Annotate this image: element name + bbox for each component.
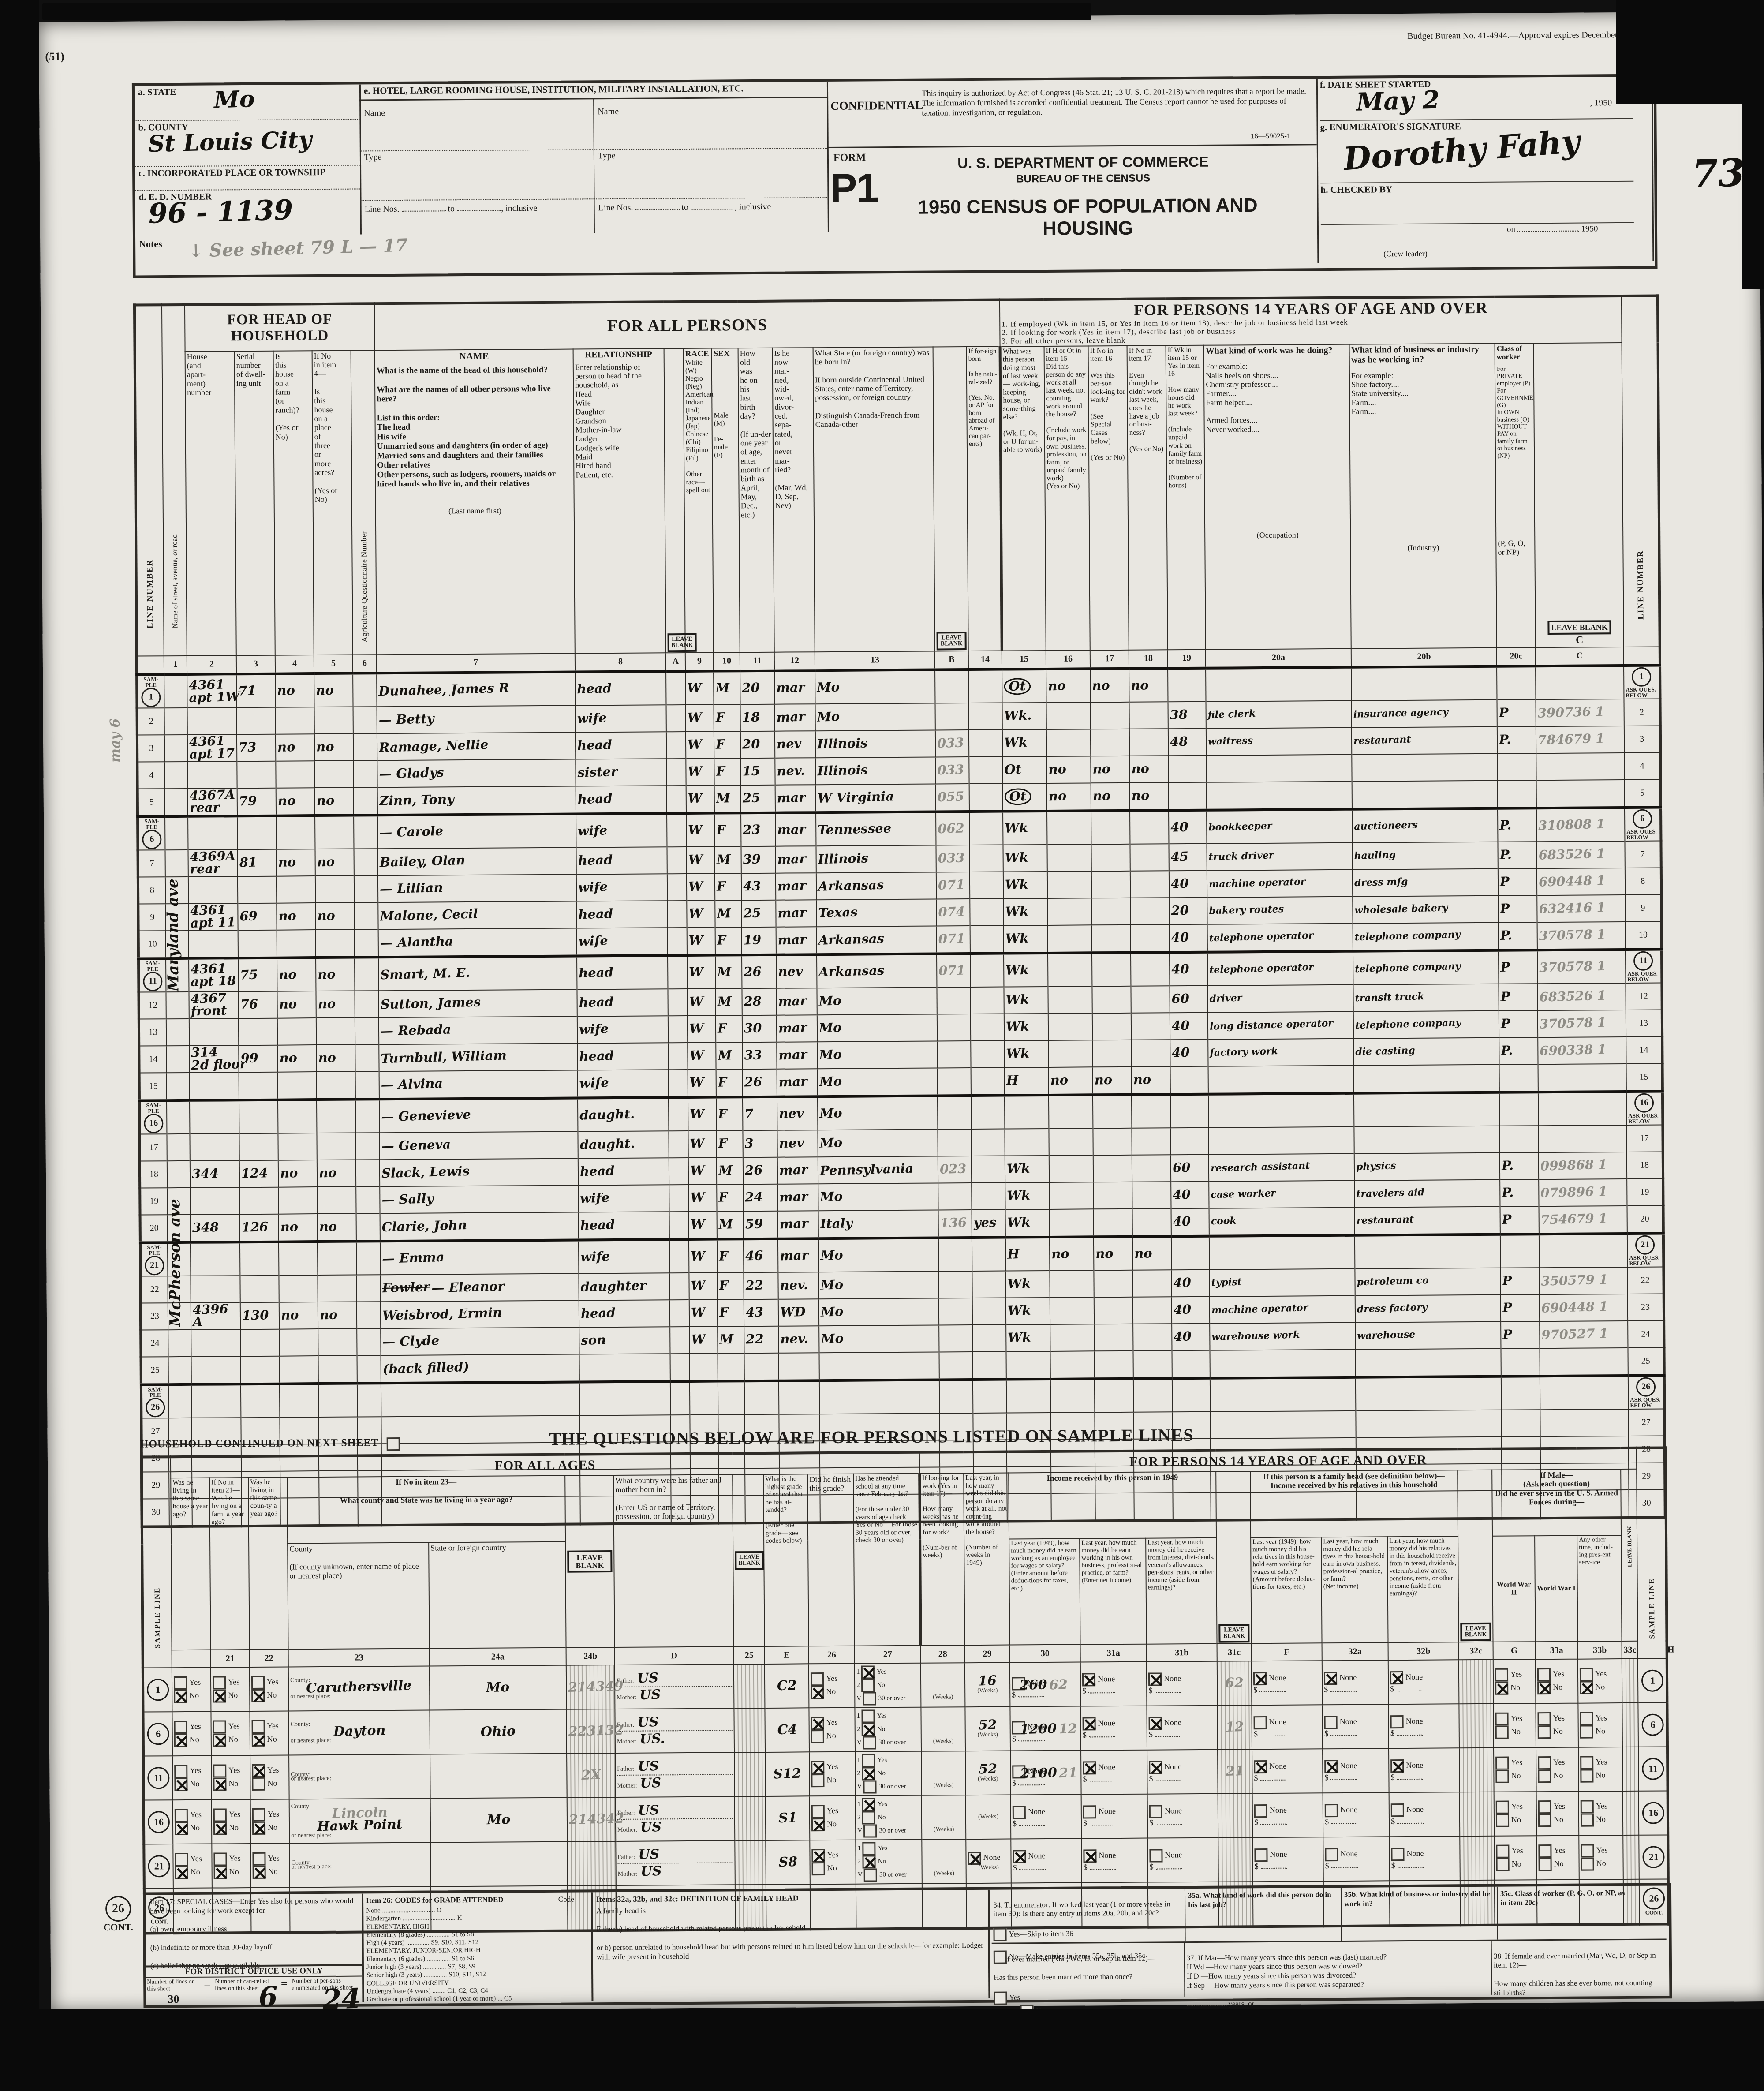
occupation[interactable]: research assistant (1209, 1153, 1354, 1181)
item17[interactable] (1095, 1350, 1133, 1379)
item17[interactable] (1092, 924, 1131, 953)
state-year-ago[interactable]: Mo (430, 1798, 568, 1843)
sex[interactable] (718, 1353, 744, 1381)
item18[interactable]: no (1132, 1236, 1171, 1270)
marital-status[interactable]: mar (777, 1157, 818, 1184)
relatives-wage-income[interactable]: None$ (1252, 1837, 1323, 1882)
birthplace[interactable]: Mo (818, 1068, 938, 1096)
birthplace[interactable]: Arkansas (816, 872, 936, 900)
birthplace[interactable]: Mo (815, 703, 935, 731)
house-number[interactable]: 4361apt 18 (189, 958, 238, 992)
item17[interactable] (1093, 1128, 1132, 1155)
race[interactable]: W (688, 1157, 717, 1184)
ed-value[interactable]: 96 - 1139 (148, 197, 293, 227)
age[interactable]: 26 (743, 1157, 777, 1184)
class-of-worker[interactable]: P (1500, 1206, 1539, 1234)
occupation[interactable] (1207, 781, 1352, 810)
i32b-none[interactable] (1324, 1715, 1338, 1728)
serial-number[interactable] (239, 1072, 278, 1100)
industry[interactable]: warehouse (1355, 1321, 1501, 1349)
q21-no[interactable] (175, 1866, 188, 1879)
hours-worked[interactable]: 40 (1170, 952, 1207, 986)
relatives-business-income[interactable]: None$ (1323, 1837, 1390, 1881)
race[interactable]: W (689, 1326, 718, 1353)
industry[interactable]: telephone company (1353, 1010, 1499, 1038)
q23-yes[interactable] (252, 1764, 265, 1777)
parents-birth-country[interactable]: Father: USMother: US (615, 1752, 735, 1797)
class-of-worker[interactable]: P. (1499, 1037, 1538, 1065)
race[interactable]: W (687, 873, 715, 900)
item16[interactable]: no (1049, 1067, 1093, 1095)
person-name[interactable]: Sutton, James (379, 989, 577, 1017)
farm-answer[interactable] (278, 1072, 317, 1100)
race[interactable]: W (686, 813, 714, 846)
served-ww1[interactable]: YesNo (1536, 1703, 1578, 1748)
serial-number[interactable]: 76 (238, 991, 277, 1018)
marital-status[interactable] (779, 1353, 819, 1381)
relationship[interactable]: head (576, 786, 667, 814)
birthplace[interactable]: Mo (818, 1271, 938, 1299)
age[interactable]: 43 (744, 1299, 778, 1326)
lived-same-house[interactable]: YesNo (173, 1800, 212, 1844)
birthplace[interactable] (819, 1380, 939, 1414)
naturalized[interactable] (970, 872, 1003, 898)
farm-answer[interactable]: no (277, 903, 315, 930)
item17[interactable] (1093, 1182, 1132, 1209)
acres-answer[interactable] (314, 760, 353, 788)
sex[interactable]: M (717, 1157, 743, 1184)
item17[interactable] (1091, 729, 1129, 756)
serial-number[interactable] (237, 761, 276, 788)
q27-no[interactable] (812, 1862, 825, 1875)
m33b-yes[interactable] (1538, 1800, 1551, 1814)
sex[interactable]: F (718, 1299, 744, 1326)
acres-answer[interactable]: no (316, 1044, 355, 1072)
race[interactable]: W (688, 1130, 716, 1157)
acres-answer[interactable]: no (315, 902, 354, 930)
parents-birth-country[interactable]: Father: USMother: US (616, 1840, 735, 1885)
occupation[interactable] (1210, 1349, 1356, 1378)
m33a-yes[interactable] (1495, 1713, 1509, 1726)
birthplace[interactable]: Mo (817, 987, 937, 1015)
person-name[interactable]: — Lillian (378, 874, 576, 902)
acres-answer[interactable]: no (314, 673, 353, 707)
relatives-business-income[interactable]: None$ (1322, 1704, 1389, 1749)
person-name[interactable]: — Geneva (379, 1131, 578, 1160)
item16[interactable] (1050, 1297, 1094, 1324)
serial-number[interactable] (240, 1242, 279, 1276)
served-ww1[interactable]: YesNo (1536, 1792, 1579, 1836)
race[interactable]: W (689, 1211, 717, 1239)
serial-number[interactable]: 73 (237, 734, 276, 761)
farm-answer[interactable] (280, 1356, 318, 1384)
acres-answer[interactable] (316, 929, 355, 958)
finished-grade[interactable]: YesNo (810, 1796, 856, 1840)
lived-same-county[interactable]: YesNo (250, 1711, 289, 1756)
house-number[interactable] (188, 816, 237, 850)
age[interactable]: 7 (743, 1096, 777, 1130)
item16[interactable] (1048, 953, 1092, 987)
m33a-yes[interactable] (1495, 1757, 1509, 1770)
house-number[interactable] (191, 1329, 240, 1357)
naturalized[interactable] (972, 1156, 1005, 1182)
serial-number[interactable] (240, 1329, 279, 1356)
other-income[interactable]: None$ (1147, 1838, 1218, 1882)
parents-birth-country[interactable]: Father: USMother: US. (615, 1708, 734, 1753)
weeks-worked-1949[interactable]: None(Weeks) (966, 1839, 1011, 1884)
naturalized[interactable] (968, 669, 1002, 703)
item16[interactable] (1047, 811, 1091, 845)
hours-worked[interactable]: 40 (1172, 1323, 1210, 1350)
marital-status[interactable]: nev (775, 731, 815, 758)
item17[interactable] (1092, 952, 1131, 986)
item16[interactable] (1048, 1040, 1092, 1067)
item16[interactable]: no (1046, 756, 1091, 783)
class-of-worker[interactable]: P (1499, 984, 1537, 1011)
house-number[interactable]: 4369Arear (188, 849, 238, 877)
race[interactable]: W (686, 785, 714, 813)
naturalized[interactable] (970, 898, 1003, 925)
item15[interactable]: Wk (1004, 953, 1048, 987)
i32c-none[interactable] (1391, 1803, 1404, 1817)
item18[interactable] (1132, 1208, 1171, 1237)
item18[interactable] (1133, 1324, 1172, 1351)
industry[interactable]: hauling (1353, 842, 1498, 869)
item16[interactable]: no (1047, 783, 1091, 811)
house-number[interactable] (187, 761, 237, 789)
item15[interactable]: Wk (1005, 1156, 1049, 1183)
relationship[interactable]: head (576, 901, 667, 928)
other-income[interactable]: None$ (1147, 1794, 1218, 1838)
serial-number[interactable]: 81 (238, 849, 277, 876)
occupation[interactable] (1210, 1377, 1356, 1411)
birthplace[interactable]: Mo (817, 1041, 937, 1069)
house-number[interactable]: 4361apt 17 (187, 734, 237, 762)
birthplace[interactable]: Arkansas (817, 954, 937, 988)
hours-worked[interactable] (1171, 1236, 1209, 1270)
age[interactable]: 19 (742, 927, 776, 954)
house-number[interactable]: 4361apt 1W (187, 674, 236, 708)
birthplace[interactable]: Mo (818, 1096, 938, 1130)
house-number[interactable]: 4396A (191, 1302, 240, 1330)
state-year-ago[interactable] (430, 1842, 568, 1887)
house-number[interactable] (188, 876, 238, 904)
class-of-worker[interactable]: P. (1498, 842, 1537, 869)
industry[interactable]: restaurant (1352, 726, 1497, 754)
farm-answer[interactable] (276, 815, 315, 849)
item18[interactable] (1130, 871, 1169, 898)
i32a-none[interactable] (1254, 1848, 1267, 1861)
lived-on-farm[interactable]: YesNo (212, 1844, 251, 1888)
q22-no[interactable] (213, 1822, 227, 1835)
item17[interactable] (1092, 1013, 1131, 1040)
hours-worked[interactable] (1170, 1066, 1208, 1094)
relatives-other-income[interactable]: None$ (1389, 1836, 1460, 1881)
race[interactable]: W (688, 1069, 716, 1097)
age[interactable]: 59 (744, 1211, 778, 1238)
m33a-yes[interactable] (1496, 1845, 1509, 1858)
own-business-income[interactable]: None$ (1081, 1794, 1148, 1839)
m33b-yes[interactable] (1538, 1712, 1551, 1725)
acres-answer[interactable] (318, 1328, 357, 1356)
age[interactable] (744, 1380, 779, 1414)
item18[interactable] (1132, 1270, 1171, 1297)
item16[interactable] (1049, 1182, 1093, 1209)
person-name[interactable]: Bailey, Olan (378, 847, 576, 875)
sex[interactable] (718, 1381, 744, 1414)
item18[interactable] (1133, 1297, 1172, 1324)
i31c-none[interactable] (1149, 1849, 1162, 1862)
race[interactable]: W (688, 1184, 717, 1211)
occupation[interactable]: cook (1209, 1207, 1355, 1236)
naturalized[interactable] (969, 703, 1002, 729)
industry[interactable]: auctioneers (1352, 808, 1498, 842)
q28-Yes[interactable] (861, 1665, 875, 1679)
industry[interactable]: petroleum co (1355, 1268, 1500, 1295)
hours-worked[interactable]: 40 (1169, 810, 1207, 844)
acres-answer[interactable]: no (317, 1160, 356, 1187)
serial-number[interactable] (241, 1356, 280, 1384)
served-ww1[interactable]: YesNo (1536, 1659, 1578, 1704)
race[interactable] (690, 1381, 718, 1414)
naturalized[interactable] (972, 1271, 1005, 1298)
industry[interactable] (1355, 1234, 1500, 1268)
q21-no[interactable] (174, 1778, 187, 1791)
i32c-none[interactable] (1390, 1671, 1403, 1684)
county-year-ago[interactable]: County: or nearest place: (289, 1754, 430, 1799)
relationship[interactable]: head (578, 1158, 669, 1185)
naturalized[interactable] (969, 783, 1003, 811)
sex[interactable]: F (716, 1069, 743, 1097)
occupation[interactable] (1206, 754, 1352, 782)
person-name[interactable]: Ramage, Nellie (377, 732, 576, 760)
birthplace[interactable]: Arkansas (817, 926, 937, 954)
item17[interactable] (1091, 702, 1129, 729)
naturalized[interactable] (971, 1014, 1004, 1040)
relatives-wage-income[interactable]: None$ (1252, 1749, 1323, 1793)
weeks-looking[interactable]: (Weeks) (922, 1839, 966, 1884)
item34-yes-checkbox[interactable] (993, 1928, 1006, 1941)
age[interactable]: 46 (744, 1238, 778, 1272)
item16[interactable] (1046, 702, 1091, 729)
marital-status[interactable]: nev (777, 1096, 818, 1130)
item15[interactable] (1005, 1095, 1049, 1129)
farm-answer[interactable] (276, 707, 314, 734)
serial-number[interactable] (239, 1018, 277, 1045)
marital-status[interactable]: mar (776, 873, 816, 900)
farm-answer[interactable]: no (277, 1045, 316, 1072)
house-number[interactable] (191, 1276, 240, 1303)
lived-same-county[interactable]: YesNo (250, 1799, 290, 1844)
i31b-none[interactable] (1083, 1761, 1096, 1774)
served-other[interactable]: YesNo (1578, 1703, 1622, 1747)
served-other[interactable]: YesNo (1579, 1791, 1623, 1836)
item18[interactable] (1131, 924, 1170, 953)
sex[interactable]: M (716, 1042, 742, 1069)
item16[interactable] (1047, 898, 1091, 925)
relationship[interactable]: wife (576, 813, 667, 847)
farm-answer[interactable]: no (277, 958, 316, 991)
marital-status[interactable]: nev. (775, 758, 815, 785)
class-of-worker[interactable]: P (1501, 1321, 1540, 1349)
hours-worked[interactable]: 40 (1170, 1039, 1208, 1066)
acres-answer[interactable]: no (318, 1302, 357, 1329)
i32a-none[interactable] (1254, 1760, 1267, 1773)
farm-answer[interactable] (278, 1100, 317, 1133)
industry[interactable]: telephone company (1353, 950, 1499, 984)
sex[interactable]: M (716, 988, 742, 1015)
street-name-2[interactable]: McPherson ave (167, 1080, 183, 1329)
lived-on-farm[interactable]: YesNo (211, 1755, 250, 1800)
industry[interactable] (1354, 1126, 1499, 1153)
house-number[interactable] (189, 930, 238, 958)
person-name[interactable]: — Clyde (381, 1327, 579, 1355)
hours-worked[interactable] (1172, 1378, 1210, 1412)
county-year-ago[interactable]: County: Caruthersvilleor nearest place: (288, 1666, 430, 1711)
class-of-worker[interactable]: P (1497, 699, 1536, 727)
wage-income[interactable]: None$ 1200 12 (1010, 1706, 1081, 1751)
item17[interactable] (1091, 898, 1130, 925)
item15[interactable]: Wk (1005, 1209, 1050, 1238)
item17[interactable] (1093, 1094, 1132, 1128)
relatives-business-income[interactable]: None$ (1323, 1748, 1389, 1793)
birthplace[interactable]: Illinois (815, 730, 935, 758)
m33c-yes[interactable] (1581, 1800, 1594, 1813)
race[interactable]: W (687, 927, 715, 955)
relatives-other-income[interactable]: None$ (1389, 1748, 1460, 1792)
m33b-no[interactable] (1538, 1725, 1551, 1739)
hours-worked[interactable] (1168, 755, 1206, 782)
marital-status[interactable]: mar (776, 846, 816, 873)
relatives-other-income[interactable]: None$ (1388, 1704, 1459, 1748)
acres-answer[interactable] (318, 1355, 357, 1384)
serial-number[interactable]: 124 (239, 1160, 278, 1187)
house-number[interactable] (187, 707, 237, 735)
person-name[interactable]: Clarie, John (380, 1212, 579, 1241)
m33b-no[interactable] (1539, 1858, 1552, 1871)
i32b-none[interactable] (1324, 1759, 1338, 1773)
item15[interactable]: Wk (1004, 1040, 1048, 1068)
occupation[interactable]: telephone operator (1207, 923, 1353, 952)
item17[interactable]: no (1091, 756, 1129, 783)
naturalized[interactable] (972, 1298, 1006, 1324)
naturalized[interactable]: yes (972, 1209, 1005, 1237)
item18[interactable] (1132, 1128, 1170, 1155)
item15[interactable]: Wk (1003, 845, 1047, 872)
item18[interactable] (1129, 702, 1168, 729)
naturalized[interactable] (971, 987, 1004, 1014)
q23-no[interactable] (251, 1689, 265, 1702)
item15[interactable] (1006, 1351, 1050, 1380)
item17[interactable] (1094, 1297, 1133, 1324)
served-ww2[interactable]: YesNo (1493, 1703, 1536, 1748)
item15[interactable]: Wk (1003, 898, 1047, 926)
hours-worked[interactable] (1168, 668, 1206, 702)
occupation[interactable] (1208, 1065, 1354, 1094)
own-business-income[interactable]: None$ (1080, 1662, 1147, 1706)
sheet-number-value[interactable]: 73 (1691, 155, 1745, 192)
person-name[interactable]: — Carole (377, 814, 576, 849)
serial-number[interactable] (241, 1384, 280, 1418)
birthplace[interactable]: Mo (818, 1129, 938, 1157)
house-number[interactable] (191, 1384, 241, 1418)
weeks-worked-1949[interactable]: 52(Weeks) (965, 1751, 1011, 1795)
item18[interactable] (1130, 844, 1169, 871)
industry[interactable]: transit truck (1353, 984, 1499, 1011)
state-year-ago[interactable]: Mo (430, 1665, 567, 1710)
naturalized[interactable] (970, 845, 1003, 872)
i32a-none[interactable] (1254, 1804, 1267, 1817)
m33c-no[interactable] (1580, 1725, 1593, 1738)
relationship[interactable] (579, 1354, 670, 1382)
relationship[interactable]: head (577, 989, 668, 1016)
m33a-no[interactable] (1495, 1682, 1508, 1695)
birthplace[interactable]: Mo (815, 670, 935, 704)
item15[interactable]: Wk (1005, 1182, 1049, 1210)
q27-yes[interactable] (811, 1761, 824, 1774)
class-of-worker[interactable] (1501, 1348, 1540, 1377)
q21-no[interactable] (174, 1690, 187, 1703)
marital-status[interactable]: mar (776, 927, 817, 955)
i31c-none[interactable] (1149, 1805, 1162, 1818)
serial-number[interactable]: 79 (237, 788, 276, 816)
class-of-worker[interactable] (1501, 1376, 1540, 1410)
served-ww2[interactable]: YesNo (1493, 1659, 1536, 1704)
cancelled-lines-value[interactable]: 6 (258, 1984, 278, 2010)
relationship[interactable]: wife (579, 1239, 669, 1273)
i32b-none[interactable] (1325, 1803, 1338, 1817)
farm-answer[interactable] (278, 1133, 317, 1160)
i31c-none[interactable] (1148, 1672, 1162, 1686)
item15[interactable]: Wk (1006, 1324, 1050, 1352)
house-number[interactable] (190, 1072, 239, 1100)
serial-number[interactable]: 69 (238, 903, 277, 930)
lived-on-farm[interactable]: YesNo (212, 1799, 251, 1844)
race[interactable]: W (688, 1015, 716, 1042)
occupation[interactable] (1209, 1235, 1355, 1269)
industry[interactable] (1351, 666, 1497, 700)
item16[interactable] (1050, 1351, 1095, 1379)
q27-no[interactable] (811, 1774, 824, 1787)
item15[interactable]: H (1005, 1067, 1049, 1096)
age[interactable]: 30 (742, 1015, 777, 1042)
item16[interactable] (1049, 1128, 1093, 1156)
q27-yes[interactable] (811, 1849, 825, 1862)
q27-no[interactable] (811, 1818, 825, 1831)
naturalized[interactable] (971, 1067, 1005, 1095)
serial-number[interactable] (240, 1275, 279, 1302)
occupation[interactable]: waitress (1206, 727, 1352, 755)
parents-birth-country[interactable]: Father: USMother: US (616, 1796, 735, 1841)
acres-answer[interactable] (318, 1275, 356, 1302)
lived-same-county[interactable]: YesNo (250, 1755, 289, 1800)
item18[interactable]: no (1130, 782, 1169, 811)
relationship[interactable]: head (577, 1043, 668, 1070)
relatives-business-income[interactable]: None$ (1322, 1660, 1389, 1705)
item17[interactable] (1092, 1040, 1131, 1067)
state-year-ago[interactable] (430, 1754, 567, 1799)
m33a-no[interactable] (1495, 1770, 1509, 1783)
class-of-worker[interactable]: P (1499, 1010, 1538, 1038)
age[interactable]: 33 (742, 1042, 777, 1069)
occupation[interactable]: long distance operator (1208, 1011, 1353, 1039)
birthplace[interactable]: Tennessee (816, 812, 936, 846)
own-business-income[interactable]: None$ (1080, 1706, 1147, 1751)
hours-worked[interactable]: 60 (1171, 1154, 1209, 1182)
age[interactable]: 22 (744, 1272, 778, 1299)
relatives-wage-income[interactable]: None$ (1252, 1661, 1323, 1705)
serial-number[interactable] (239, 1187, 278, 1214)
